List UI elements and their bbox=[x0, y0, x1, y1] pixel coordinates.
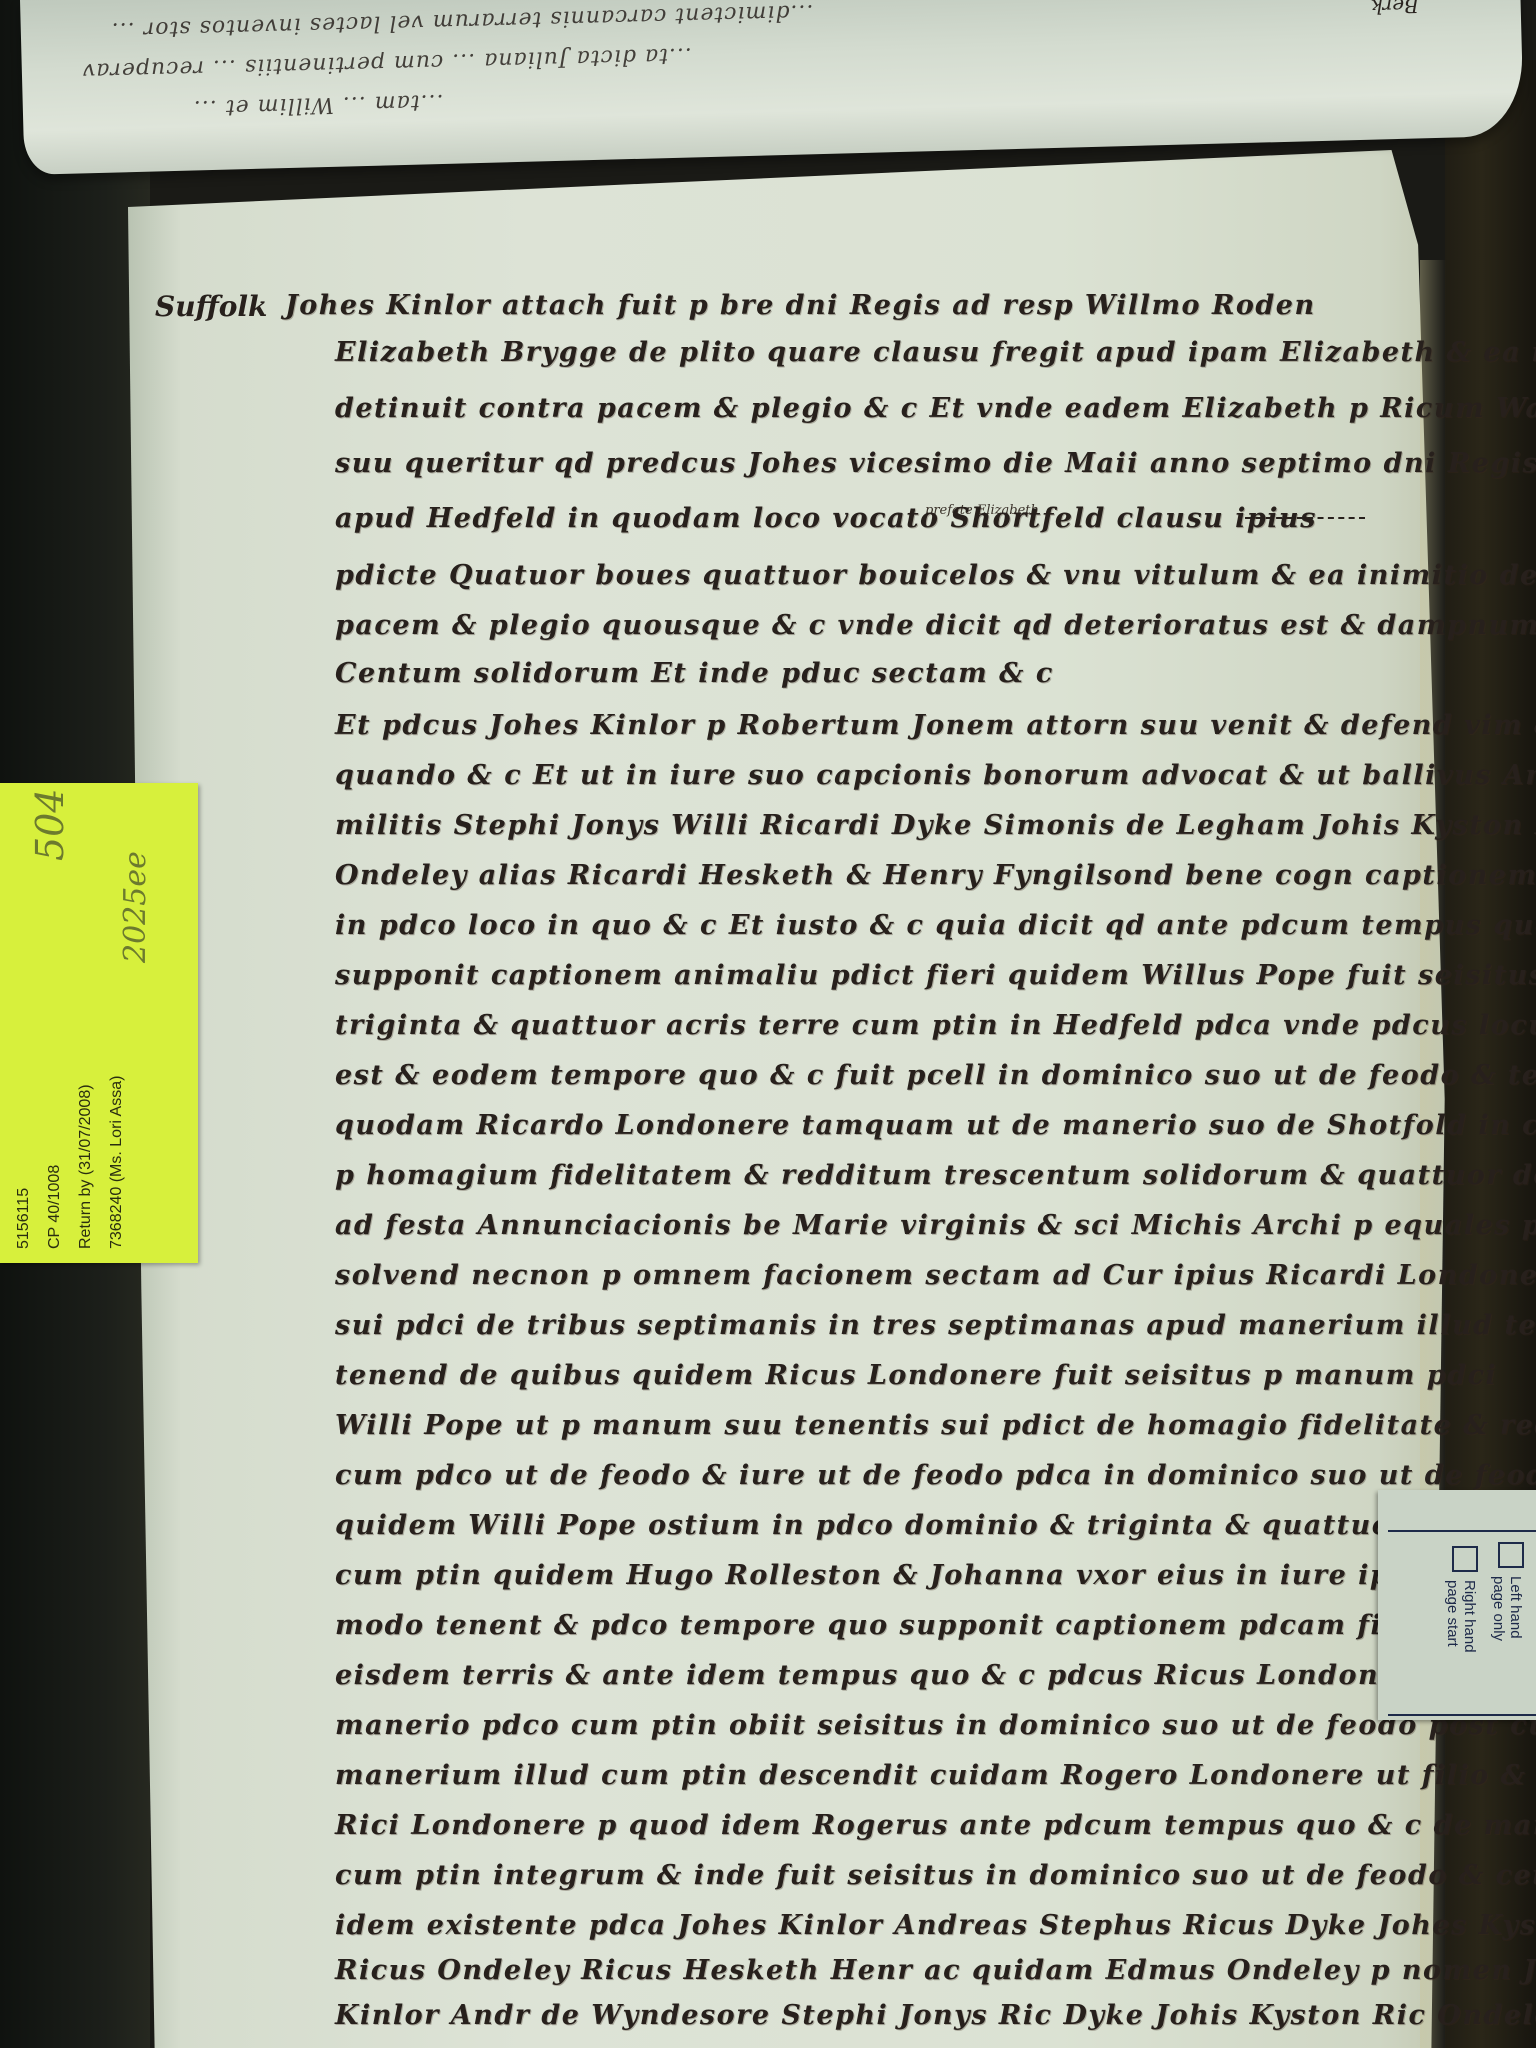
text-line: Kinlor Andr de Wyndesore Stephi Jonys Ri… bbox=[335, 2000, 1536, 2031]
checkbox-right-hand[interactable] bbox=[1452, 1546, 1478, 1572]
margin-county-heading: Suffolk bbox=[155, 290, 267, 323]
text-line: est & eodem tempore quo & c fuit pcell i… bbox=[335, 1060, 1536, 1091]
text-line: solvend necnon p omnem facionem sectam a… bbox=[335, 1260, 1536, 1291]
roll-line: ...ta dicta Juliana ... cum pertinentiis… bbox=[82, 42, 693, 83]
text-line: suu queritur qd predcus Johes vicesimo d… bbox=[335, 448, 1536, 479]
text-line: manerio pdco cum ptin obiit seisitus in … bbox=[335, 1710, 1536, 1741]
text-line: supponit captionem animaliu pdict fieri … bbox=[335, 960, 1536, 991]
text-line: Elizabeth Brygge de plito quare clausu f… bbox=[335, 337, 1536, 368]
text-line: triginta & quattuor acris terre cum ptin… bbox=[335, 1010, 1536, 1041]
text-line: in pdco loco in quo & c Et iusto & c qui… bbox=[335, 910, 1536, 941]
roll-margin-note: Berk bbox=[1370, 0, 1419, 19]
text-line: Johes Kinlor attach fuit p bre dni Regis… bbox=[285, 290, 1316, 321]
sticky-line-return: Return by (31/07/2008) bbox=[70, 1076, 101, 1249]
text-line: idem existente pdca Johes Kinlor Andreas… bbox=[335, 1910, 1536, 1941]
archive-sticky-note: 5156115 CP 40/1008 Return by (31/07/2008… bbox=[0, 783, 198, 1263]
text-line: p homagium fidelitatem & redditum tresce… bbox=[335, 1160, 1536, 1191]
slip-rule bbox=[1388, 1714, 1536, 1716]
text-line: sui pdci de tribus septimanis in tres se… bbox=[335, 1310, 1536, 1341]
text-line: manerium illud cum ptin descendit cuidam… bbox=[335, 1760, 1536, 1791]
slip-rule bbox=[1388, 1530, 1536, 1532]
text-line: quodam Ricardo Londonere tamquam ut de m… bbox=[335, 1110, 1536, 1141]
text-line: Ondeley alias Ricardi Hesketh & Henry Fy… bbox=[335, 860, 1536, 891]
text-line: modo tenent & pdco tempore quo supponit … bbox=[335, 1610, 1536, 1641]
text-line: cum ptin quidem Hugo Rolleston & Johanna… bbox=[335, 1560, 1536, 1591]
page-position-slip: Left hand page only Right hand page star… bbox=[1378, 1490, 1536, 1720]
handwritten-number: 504 bbox=[28, 788, 72, 861]
checkbox-left-hand[interactable] bbox=[1498, 1542, 1524, 1568]
sticky-line-id: 5156115 bbox=[8, 1076, 39, 1249]
roll-line: ...dimictent carcannis terrarum vel lact… bbox=[110, 0, 813, 43]
text-line: cum pdco ut de feodo & iure ut de feodo … bbox=[335, 1460, 1536, 1491]
curled-roll-top: ...dimictent carcannis terrarum vel lact… bbox=[20, 0, 1524, 175]
text-line: cum ptin integrum & inde fuit seisitus i… bbox=[335, 1860, 1536, 1891]
sticky-printed-text: 5156115 CP 40/1008 Return by (31/07/2008… bbox=[8, 1076, 132, 1249]
option-right-hand-page-start[interactable]: Right hand page start bbox=[1444, 1546, 1478, 1653]
text-line: detinuit contra pacem & plegio & c Et vn… bbox=[335, 393, 1536, 424]
text-line: ad festa Annunciacionis be Marie virgini… bbox=[335, 1210, 1536, 1241]
option-label: Right hand page start bbox=[1444, 1580, 1478, 1653]
text-line: Ricus Ondeley Ricus Hesketh Henr ac quid… bbox=[335, 1955, 1536, 1986]
text-line: tenend de quibus quidem Ricus Londonere … bbox=[335, 1360, 1497, 1391]
text-line: apud Hedfeld in quodam loco vocato Short… bbox=[335, 503, 1317, 534]
sticky-line-reference: CP 40/1008 bbox=[39, 1076, 70, 1249]
text-line: pacem & plegio quousque & c vnde dicit q… bbox=[335, 610, 1536, 641]
roll-line: ...tam ... Willim et ... bbox=[193, 89, 444, 121]
handwritten-code: 2025ee bbox=[118, 851, 153, 963]
text-line: Rici Londonere p quod idem Rogerus ante … bbox=[335, 1810, 1536, 1841]
text-line: Willi Pope ut p manum suu tenentis sui p… bbox=[335, 1410, 1536, 1441]
option-left-hand-page-only[interactable]: Left hand page only bbox=[1490, 1542, 1524, 1641]
text-line: pdicte Quatuor boues quattuor bouicelos … bbox=[335, 560, 1536, 591]
text-line: militis Stephi Jonys Willi Ricardi Dyke … bbox=[335, 810, 1536, 841]
text-line: Centum solidorum Et inde pduc sectam & c bbox=[335, 658, 1054, 689]
text-line: quando & c Et ut in iure suo capcionis b… bbox=[335, 760, 1536, 791]
option-label: Left hand page only bbox=[1490, 1576, 1524, 1641]
text-line: eisdem terris & ante idem tempus quo & c… bbox=[335, 1660, 1482, 1691]
text-line: Et pdcus Johes Kinlor p Robertum Jonem a… bbox=[335, 710, 1536, 741]
sticky-line-reader: 7368240 (Ms. Lori Assa) bbox=[101, 1076, 132, 1249]
text-line: quidem Willi Pope ostium in pdco dominio… bbox=[335, 1510, 1536, 1541]
